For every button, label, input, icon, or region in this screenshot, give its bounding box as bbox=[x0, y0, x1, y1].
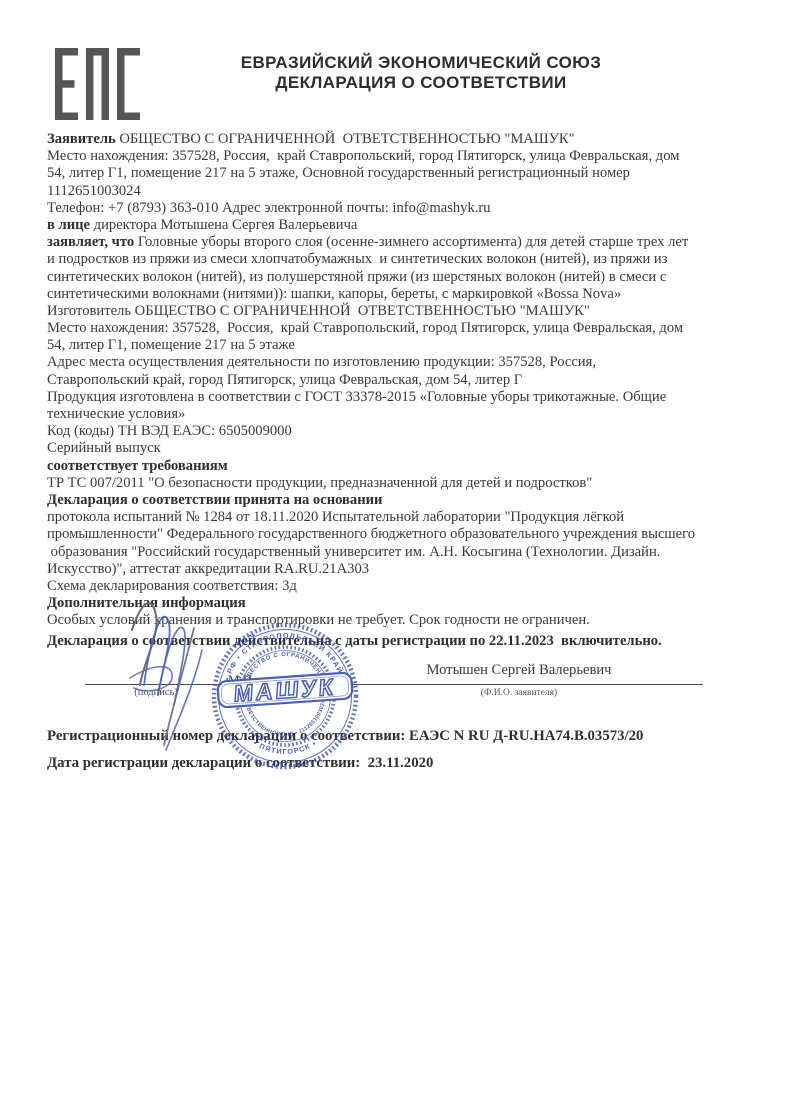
doc-line: образования "Российский государственный … bbox=[47, 544, 695, 561]
header-union-title: ЕВРАЗИЙСКИЙ ЭКОНОМИЧЕСКИЙ СОЮЗ bbox=[146, 53, 696, 73]
stamp-center-banner: МАШУК bbox=[217, 672, 352, 707]
doc-line: Заявитель ОБЩЕСТВО С ОГРАНИЧЕННОЙ ОТВЕТС… bbox=[47, 131, 695, 148]
declaration-document: ЕВРАЗИЙСКИЙ ЭКОНОМИЧЕСКИЙ СОЮЗ ДЕКЛАРАЦИ… bbox=[0, 0, 800, 1112]
applicant-name-caption: (Ф.И.О. заявителя) bbox=[433, 688, 605, 698]
doc-line: Код (коды) ТН ВЭД ЕАЭС: 6505009000 bbox=[47, 423, 695, 440]
doc-line: заявляет, что Головные уборы второго сло… bbox=[47, 234, 695, 251]
doc-line: синтетических волокон (нитей), из полуше… bbox=[47, 269, 695, 286]
doc-line: 54, литер Г1, помещение 217 на 5 этаже, … bbox=[47, 165, 695, 182]
doc-line: Схема декларирования соответствия: 3д bbox=[47, 578, 695, 595]
doc-line: Телефон: +7 (8793) 363-010 Адрес электро… bbox=[47, 200, 695, 217]
doc-line: протокола испытаний № 1284 от 18.11.2020… bbox=[47, 509, 695, 526]
header-declaration-title: ДЕКЛАРАЦИЯ О СООТВЕТСТВИИ bbox=[146, 73, 696, 93]
doc-line: технические условия» bbox=[47, 406, 695, 423]
doc-line: Место нахождения: 357528, Россия, край С… bbox=[47, 320, 695, 337]
doc-line: Адрес места осуществления деятельности п… bbox=[47, 354, 695, 371]
doc-line: Место нахождения: 357528, Россия, край С… bbox=[47, 148, 695, 165]
document-body: Заявитель ОБЩЕСТВО С ОГРАНИЧЕННОЙ ОТВЕТС… bbox=[47, 131, 695, 629]
doc-line: Изготовитель ОБЩЕСТВО С ОГРАНИЧЕННОЙ ОТВ… bbox=[47, 303, 695, 320]
company-stamp: • РФ • СТАВРОПОЛЬСКИЙ КРАЙ • • ПЯТИГОРСК… bbox=[205, 616, 365, 776]
doc-line: и подростков из пряжи из смеси хлопчатоб… bbox=[47, 251, 695, 268]
doc-line: Продукция изготовлена в соответствии с Г… bbox=[47, 389, 695, 406]
applicant-name: Мотышен Сергей Валерьевич bbox=[421, 662, 617, 679]
doc-line: ТР ТС 007/2011 "О безопасности продукции… bbox=[47, 475, 695, 492]
doc-line: в лице директора Мотышена Сергея Валерье… bbox=[47, 217, 695, 234]
doc-line: Ставропольский край, город Пятигорск, ул… bbox=[47, 372, 695, 389]
doc-line: промышленности" Федерального государстве… bbox=[47, 526, 695, 543]
doc-line: синтетическими волокнами (нитями)): шапк… bbox=[47, 286, 695, 303]
doc-line: Серийный выпуск bbox=[47, 440, 695, 457]
document-header: ЕВРАЗИЙСКИЙ ЭКОНОМИЧЕСКИЙ СОЮЗ ДЕКЛАРАЦИ… bbox=[146, 53, 696, 93]
doc-line: соответствует требованиям bbox=[47, 458, 695, 475]
eac-mark-logo bbox=[55, 48, 140, 120]
doc-line: 54, литер Г1, помещение 217 на 5 этаже bbox=[47, 337, 695, 354]
doc-line: Декларация о соответствии принята на осн… bbox=[47, 492, 695, 509]
doc-line: Искусство)", аттестат аккредитации RA.RU… bbox=[47, 561, 695, 578]
doc-line: 1112651003024 bbox=[47, 183, 695, 200]
